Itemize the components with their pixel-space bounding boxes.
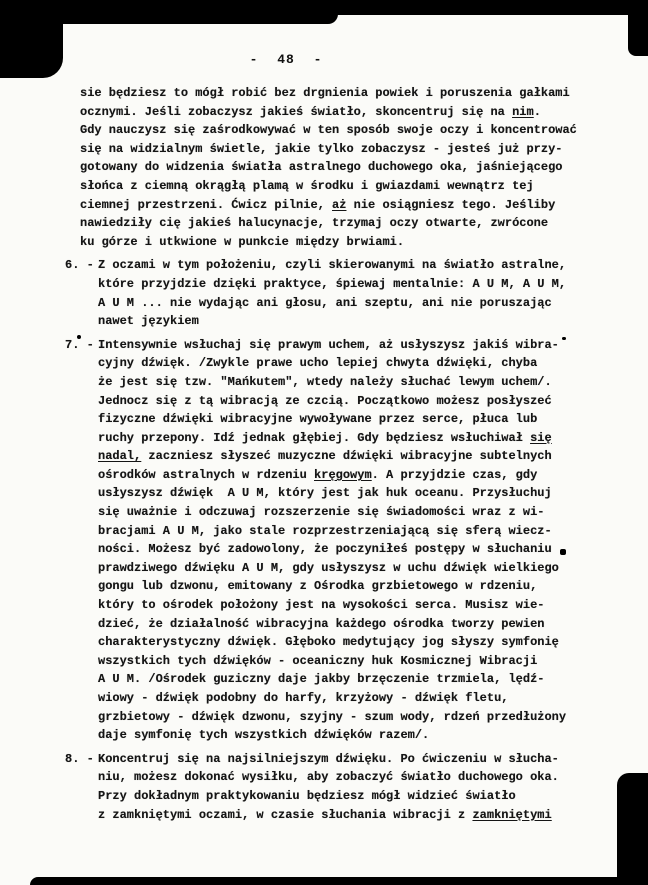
text-line: ku górze i utkwione w punkcie między brw…: [80, 233, 608, 252]
list-item-8: 8. - Koncentruj się na najsilniejszym dź…: [80, 750, 608, 824]
text-line: że jest się tzw. "Mańkutem", wtedy należ…: [98, 373, 608, 392]
text-line: niu, możesz dokonać wysiłku, aby zobaczy…: [98, 768, 608, 787]
text-line: A U M. /Ośrodek guziczny daje jakby brzę…: [98, 670, 608, 689]
page-number: - 48 -: [0, 52, 610, 67]
text-line: A U M ... nie wydając ani głosu, ani sze…: [98, 294, 608, 313]
text-line: nawet językiem: [98, 312, 608, 331]
text-line: ciemnej przestrzeni. Ćwicz pilnie, aż ni…: [80, 196, 608, 215]
scan-edge-bottom-right: [617, 773, 648, 885]
list-item-6: 6. - Z oczami w tym położeniu, czyli ski…: [80, 256, 608, 330]
text-line: wiowy - dźwięk podobny do harfy, krzyżow…: [98, 689, 608, 708]
intro-paragraph: sie będziesz to mógł robić bez drgnienia…: [80, 84, 608, 251]
text-line: gotowany do widzenia światła astralnego …: [80, 158, 608, 177]
text-line: daje symfonię tych wszystkich dźwięków r…: [98, 726, 608, 745]
scan-edge-top-right: [628, 0, 648, 56]
item-text: Z oczami w tym położeniu, czyli skierowa…: [98, 256, 608, 330]
text-line: ocznymi. Jeśli zobaczysz jakieś światło,…: [80, 103, 608, 122]
scan-edge-bottom: [30, 877, 648, 885]
text-line: grzbietowy - dźwięk dzwonu, szyjny - szu…: [98, 708, 608, 727]
text-line: który to ośrodek położony jest na wysoko…: [98, 596, 608, 615]
text-line: słońca z ciemną okrągłą plamą w środku i…: [80, 177, 608, 196]
text-line: ności. Możesz być zadowolony, że poczyni…: [98, 540, 608, 559]
text-line: dzieć, że działalność wibracyjna każdego…: [98, 615, 608, 634]
text-line: nadal, zaczniesz słyszeć muzyczne dźwięk…: [98, 447, 608, 466]
item-marker: 7. -: [65, 336, 94, 355]
page-content: sie będziesz to mógł robić bez drgnienia…: [80, 84, 608, 824]
text-line: prawdziwego dźwięku A U M, gdy usłyszysz…: [98, 559, 608, 578]
text-line: z zamkniętymi oczami, w czasie słuchania…: [98, 806, 608, 825]
text-line: się na widzialnym świetle, jakie tylko z…: [80, 140, 608, 159]
text-line: wszystkich tych dźwięków - oceaniczny hu…: [98, 652, 608, 671]
text-line: Gdy nauczysz się zaśrodkowywać w ten spo…: [80, 121, 608, 140]
text-line: ośrodków astralnych w rdzeniu kręgowym. …: [98, 466, 608, 485]
scanned-page: { "page": { "number_label": "- 48 -", "p…: [0, 0, 648, 885]
text-line: Koncentruj się na najsilniejszym dźwięku…: [98, 750, 608, 769]
item-marker: 8. -: [65, 750, 94, 769]
text-line: Z oczami w tym położeniu, czyli skierowa…: [98, 256, 608, 275]
text-line: Jednocz się z tą wibracją ze czcią. Pocz…: [98, 392, 608, 411]
item-text: Koncentruj się na najsilniejszym dźwięku…: [98, 750, 608, 824]
item-text: Intensywnie wsłuchaj się prawym uchem, a…: [98, 336, 608, 745]
text-line: się uważnie i odczuwaj rozszerzenie się …: [98, 503, 608, 522]
text-line: cyjny dźwięk. /Zwykle prawe ucho lepiej …: [98, 354, 608, 373]
text-line: gongu lub dzwonu, emitowany z Ośrodka gr…: [98, 577, 608, 596]
text-line: Przy dokładnym praktykowaniu będziesz mó…: [98, 787, 608, 806]
text-line: nawiedziły cię jakieś halucynacje, trzym…: [80, 214, 608, 233]
text-line: które przyjdzie dzięki praktyce, śpiewaj…: [98, 275, 608, 294]
text-line: ruchy przepony. Idź jednak głębiej. Gdy …: [98, 429, 608, 448]
text-line: usłyszysz dźwięk A U M, który jest jak h…: [98, 484, 608, 503]
list-item-7: 7. - Intensywnie wsłuchaj się prawym uch…: [80, 336, 608, 745]
text-line: charakterystyczny dźwięk. Głęboko medytu…: [98, 633, 608, 652]
text-line: Intensywnie wsłuchaj się prawym uchem, a…: [98, 336, 608, 355]
text-line: sie będziesz to mógł robić bez drgnienia…: [80, 84, 608, 103]
text-line: bracjami A U M, jako stale rozprzestrzen…: [98, 522, 608, 541]
item-marker: 6. -: [65, 256, 94, 275]
text-line: fizyczne dźwięki wibracyjne wywoływane p…: [98, 410, 608, 429]
